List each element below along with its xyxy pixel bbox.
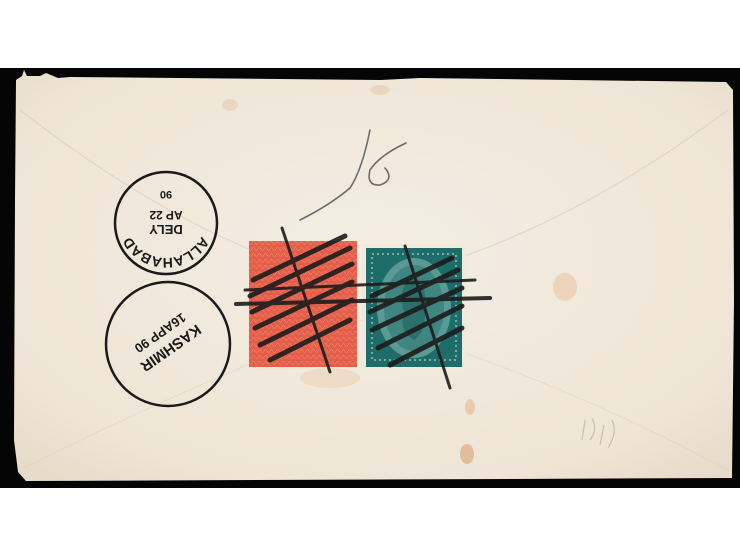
envelope-photo: ALLAHABAD DELY AP 22 90 KASHMIR 16APP 90 bbox=[0, 0, 740, 557]
postmark-line: AP 22 bbox=[149, 208, 182, 222]
postmark-line: 90 bbox=[160, 188, 172, 200]
postmark-line: DELY bbox=[149, 222, 183, 237]
